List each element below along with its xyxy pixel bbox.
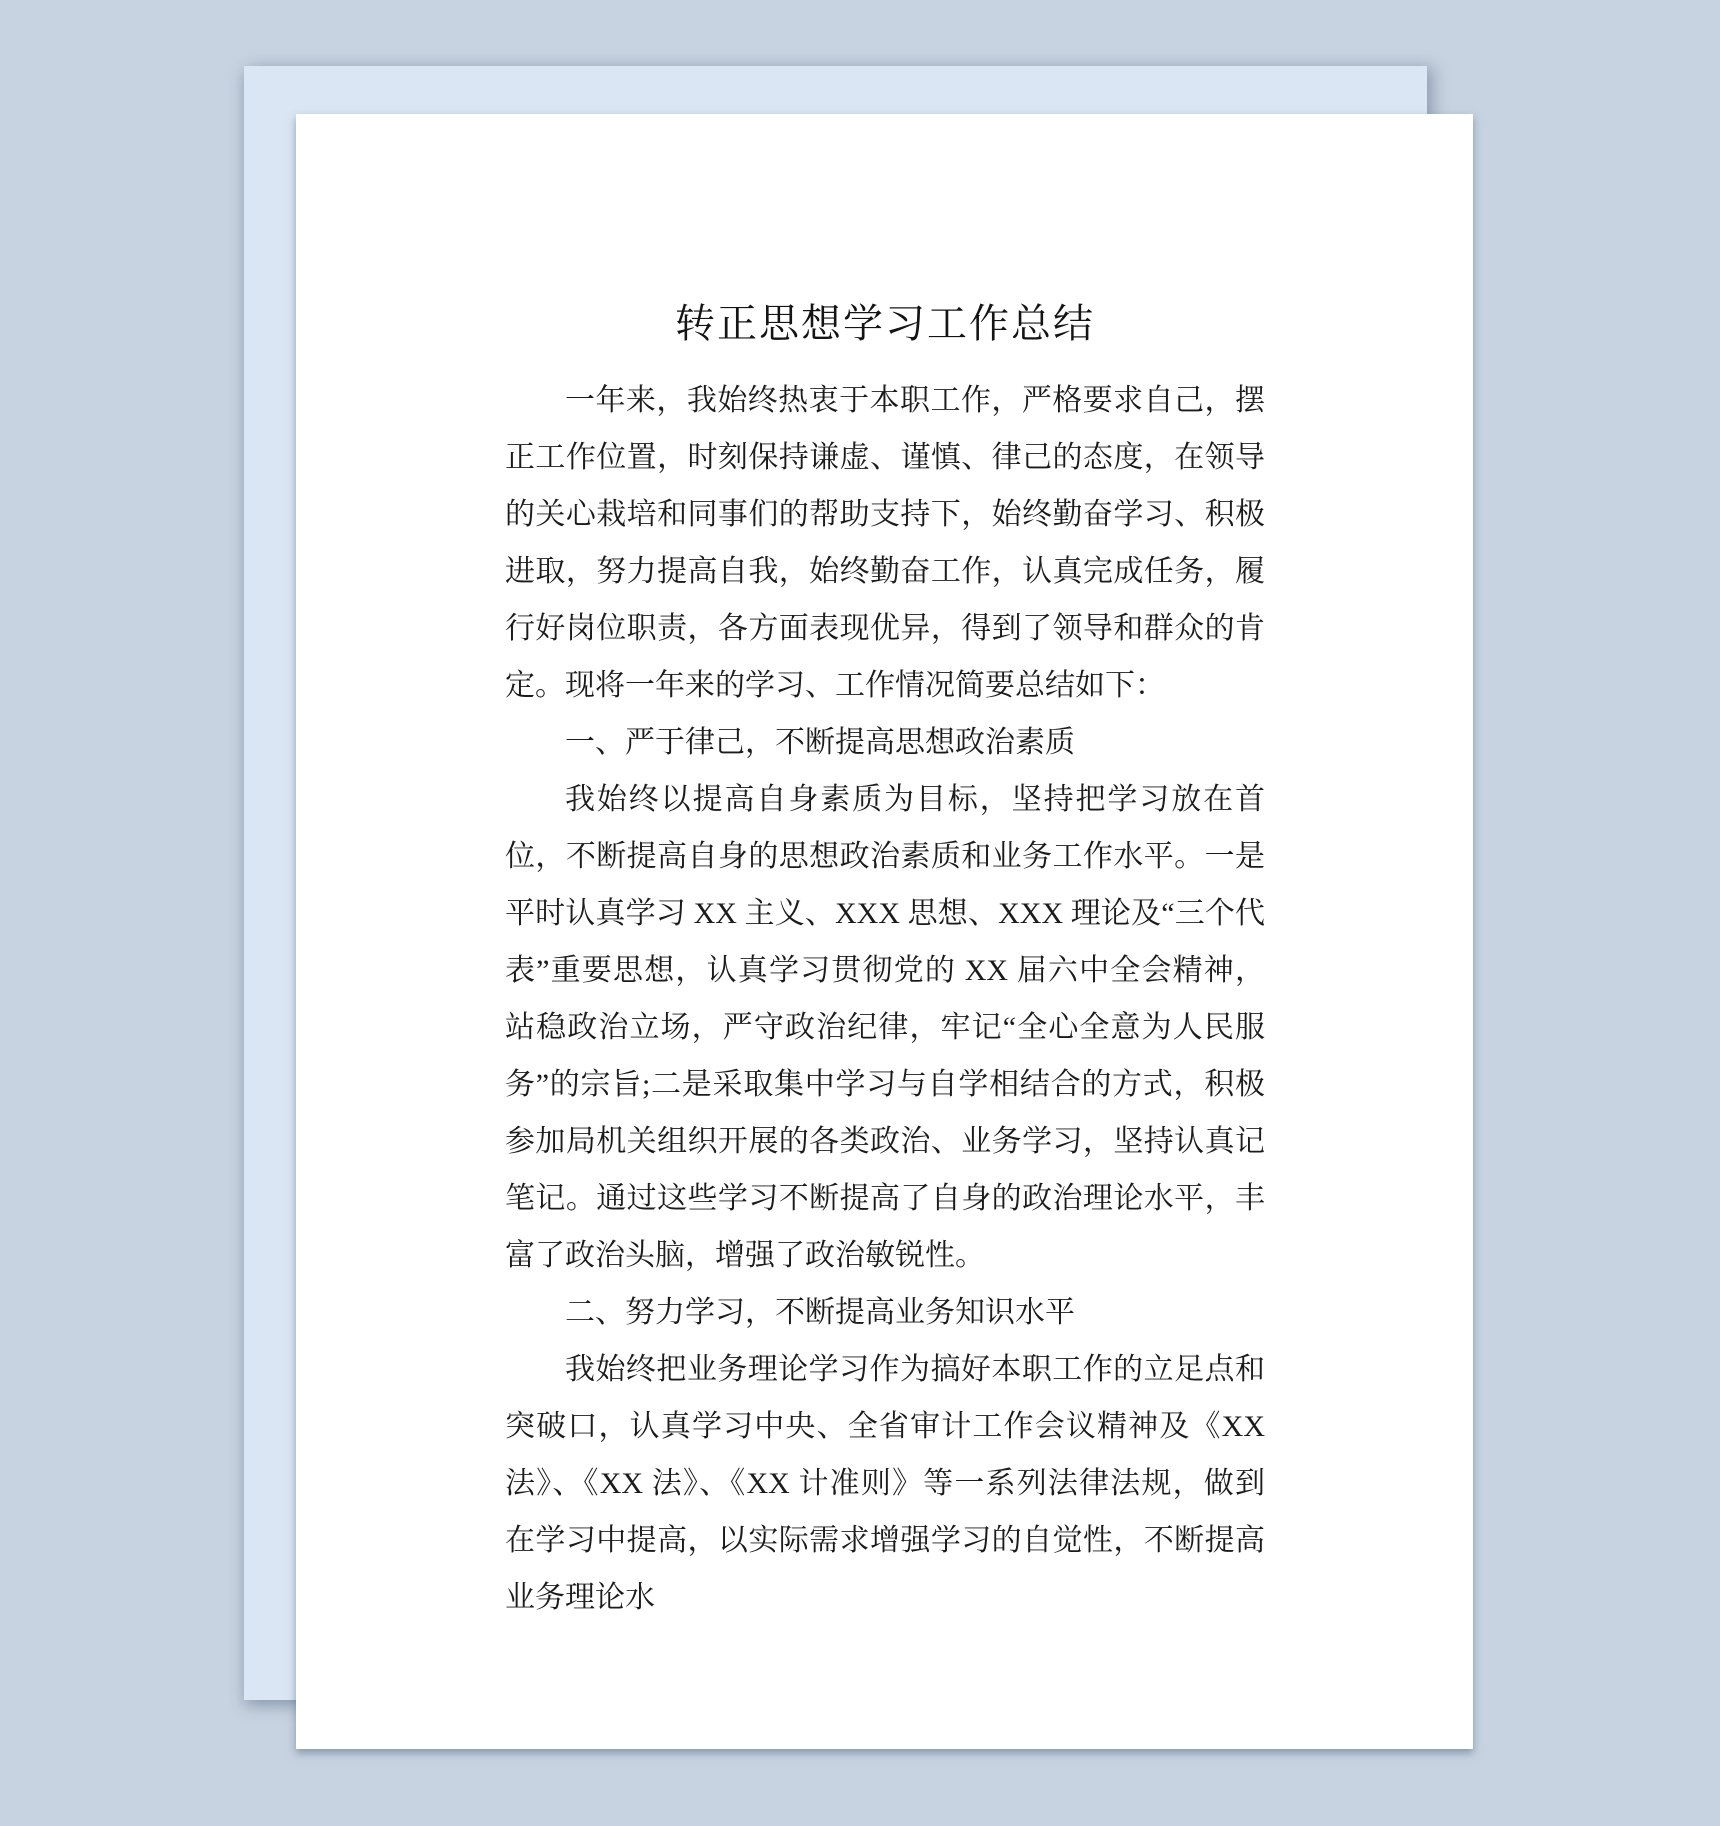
- intro-paragraph: 一年来，我始终热衷于本职工作，严格要求自己，摆正工作位置，时刻保持谦虚、谨慎、律…: [505, 372, 1265, 714]
- section-2-heading: 二、努力学习，不断提高业务知识水平: [505, 1284, 1265, 1341]
- document-viewer-background: 转正思想学习工作总结 一年来，我始终热衷于本职工作，严格要求自己，摆正工作位置，…: [0, 0, 1720, 1826]
- document-title: 转正思想学习工作总结: [505, 284, 1265, 364]
- section-1-paragraph: 我始终以提高自身素质为目标，坚持把学习放在首位，不断提高自身的思想政治素质和业务…: [505, 771, 1265, 1284]
- section-2-paragraph: 我始终把业务理论学习作为搞好本职工作的立足点和突破口，认真学习中央、全省审计工作…: [505, 1341, 1265, 1626]
- document-page: 转正思想学习工作总结 一年来，我始终热衷于本职工作，严格要求自己，摆正工作位置，…: [296, 114, 1473, 1749]
- section-1-heading: 一、严于律己，不断提高思想政治素质: [505, 714, 1265, 771]
